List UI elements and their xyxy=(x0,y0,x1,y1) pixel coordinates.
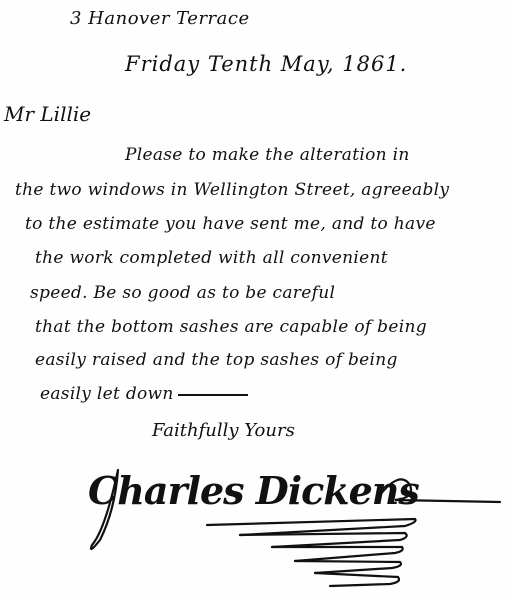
signature-flourish xyxy=(0,0,514,600)
letter-page: 3 Hanover Terrace Friday Tenth May, 1861… xyxy=(0,0,514,600)
